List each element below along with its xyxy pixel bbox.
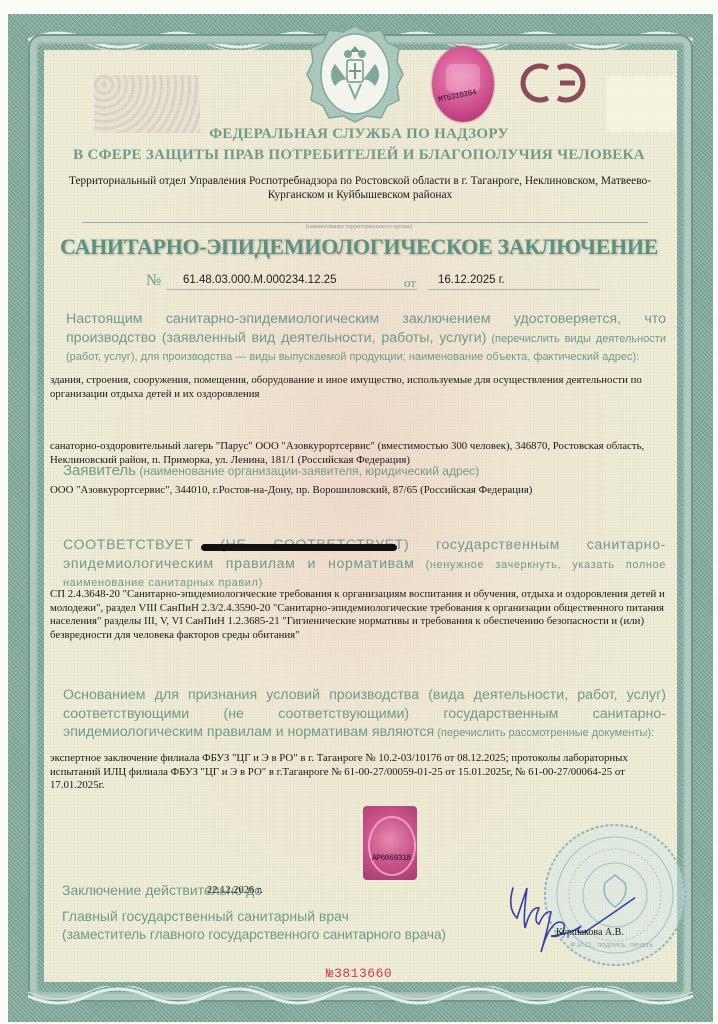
rospotrebnadzor-emblem-icon [305, 24, 405, 124]
date-prefix: от [404, 275, 416, 291]
strikethrough-mark [201, 544, 397, 551]
conclusion-date: 16.12.2025 г. [428, 274, 600, 290]
hologram-sticker-middle: АР6069318 [363, 806, 417, 880]
chief-doctor-subtitle: (заместитель главного государственного с… [62, 926, 446, 942]
conclusion-number: 61.48.03.000.М.000234.12.25 [166, 274, 418, 290]
blank-patch [606, 76, 676, 132]
se-mark-icon [518, 60, 588, 106]
validity-date: 22.12.2026 г. [207, 885, 263, 896]
applicant-details: ООО "Азовкурортсервис", 344010, г.Ростов… [50, 484, 665, 498]
basis-hint: (перечислить рассмотренные документы): [434, 727, 654, 739]
conformity-word: СООТВЕТСТВУЕТ [63, 537, 194, 553]
basis-documents: экспертное заключение филиала ФБУЗ "ЦГ и… [50, 752, 665, 793]
sanitary-norms: СП 2.4.3648-20 "Санитарно-эпидемиологиче… [50, 588, 665, 642]
applicant-label: Заявитель [63, 462, 136, 479]
signer-caption: Ф.И.О., подпись, печать [570, 940, 653, 949]
chief-doctor-title: Главный государственный санитарный врач [62, 908, 349, 924]
number-sign: № [146, 272, 161, 290]
basis-paragraph: Основанием для признания условий произво… [63, 686, 666, 742]
activity-description: здания, строения, сооружения, помещения,… [50, 374, 665, 401]
form-serial-number: №3813660 [0, 966, 718, 981]
signer-name: Куршакова А.В. [556, 927, 624, 938]
applicant-hint: (наименование организации-заявителя, юри… [136, 464, 479, 478]
territorial-body-caption: (наименование территориального органа) [0, 224, 718, 230]
security-pattern-patch [94, 75, 200, 133]
divider [82, 222, 648, 223]
authority-name-line1: ФЕДЕРАЛЬНАЯ СЛУЖБА ПО НАДЗОРУ [0, 126, 718, 143]
hologram-number: АР6069318 [372, 854, 411, 863]
signature [495, 870, 635, 970]
hologram-sticker-top: МТ6310284 [432, 46, 494, 122]
authority-name-line2: В СФЕРЕ ЗАЩИТЫ ПРАВ ПОТРЕБИТЕЛЕЙ И БЛАГО… [0, 147, 718, 164]
intro-paragraph: Настоящим санитарно-эпидемиологическим з… [66, 310, 666, 365]
applicant-heading: Заявитель (наименование организации-заяв… [63, 462, 663, 479]
guilloche-bottom-border [28, 986, 693, 1012]
document-title: САНИТАРНО-ЭПИДЕМИОЛОГИЧЕСКОЕ ЗАКЛЮЧЕНИЕ [0, 234, 718, 260]
territorial-body: Территориальный отдел Управления Роспотр… [60, 174, 660, 202]
